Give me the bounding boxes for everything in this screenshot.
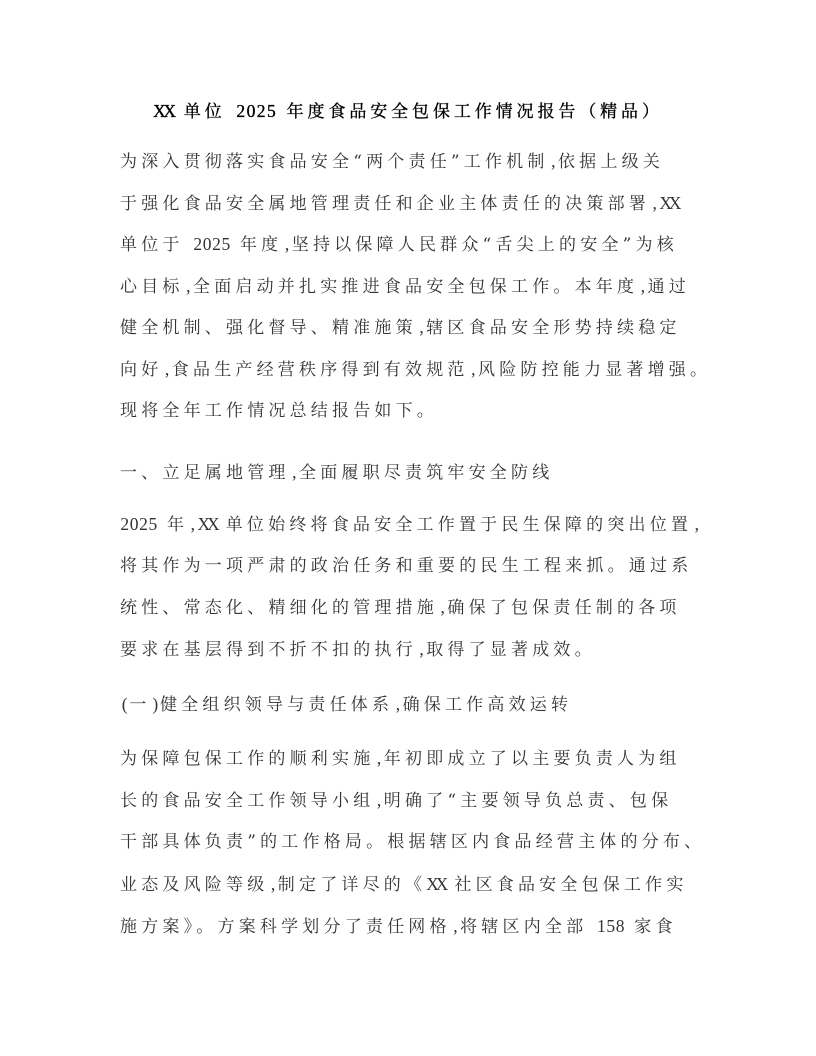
- paragraph-line: 于强化食品安全属地管理责任和企业主体责任的决策部署,XX: [120, 183, 740, 225]
- paragraph-line: 为深入贯彻落实食品安全“两个责任”工作机制,依据上级关: [120, 141, 740, 183]
- halfwidth-char: X: [207, 504, 216, 546]
- halfwidth-char: ,: [374, 737, 383, 779]
- halfwidth-char: 5: [266, 90, 276, 132]
- halfwidth-char: ,: [549, 141, 558, 183]
- section-heading-1: 一、立足属地管理,全面履职尽责筑牢安全防线: [120, 452, 740, 494]
- paragraph-line: 2025 年,XX 单位始终将食品安全工作置于民生保障的突出位置,: [120, 504, 740, 546]
- paragraph-subsection-1: 为保障包保工作的顺利实施,年初即成立了以主要负责人为组 长的食品安全工作领导小组…: [120, 737, 740, 947]
- halfwidth-char: X: [659, 183, 668, 225]
- paragraph-line: 要求在基层得到不折不扣的执行,取得了显著成效。: [120, 629, 740, 671]
- halfwidth-char: X: [153, 90, 163, 132]
- halfwidth-char: [158, 504, 167, 546]
- halfwidth-char: [445, 863, 454, 905]
- halfwidth-char: ,: [451, 905, 460, 947]
- halfwidth-char: ,: [438, 587, 447, 629]
- paragraph-line: 为保障包保工作的顺利实施,年初即成立了以主要负责人为组: [120, 737, 740, 779]
- document-title: XX 单位 2025 年度食品安全包保工作情况报告（精品）: [0, 90, 816, 132]
- halfwidth-char: 1: [597, 905, 606, 947]
- halfwidth-char: 0: [129, 504, 138, 546]
- halfwidth-char: [184, 224, 193, 266]
- paragraph-line: 单位于 2025 年度,坚持以保障人民群众“舌尖上的安全”为核: [120, 224, 740, 266]
- halfwidth-char: X: [669, 183, 678, 225]
- paragraph-line: 将其作为一项严肃的政治任务和重要的民生工程来抓。通过系: [120, 546, 740, 588]
- paragraph-line: 业态及风险等级,制定了详尽的《XX 社区食品安全包保工作实: [120, 863, 740, 905]
- halfwidth-char: ,: [268, 863, 277, 905]
- document-page: XX 单位 2025 年度食品安全包保工作情况报告（精品） 为深入贯彻落实食品安…: [0, 0, 816, 1056]
- halfwidth-char: X: [198, 504, 207, 546]
- halfwidth-char: 2: [212, 224, 221, 266]
- paragraph-line: 健全机制、强化督导、精准施策,辖区食品安全形势持续稳定: [120, 307, 740, 349]
- halfwidth-char: 0: [246, 90, 256, 132]
- halfwidth-char: 0: [202, 224, 211, 266]
- halfwidth-char: ,: [184, 266, 193, 308]
- halfwidth-char: [625, 905, 634, 947]
- halfwidth-char: 2: [120, 504, 129, 546]
- halfwidth-char: 8: [615, 905, 624, 947]
- paragraph-line: 长的食品安全工作领导小组,明确了“主要领导负总责、包保: [120, 779, 740, 821]
- halfwidth-char: ,: [374, 779, 383, 821]
- halfwidth-char: (: [120, 684, 129, 726]
- halfwidth-char: [231, 224, 240, 266]
- paragraph-line: 现将全年工作情况总结报告如下。: [120, 391, 740, 433]
- halfwidth-char: 5: [606, 905, 615, 947]
- paragraph-line: 施方案》。方案科学划分了责任网格,将辖区内全部 158 家食: [120, 905, 740, 947]
- halfwidth-char: 2: [193, 224, 202, 266]
- halfwidth-char: ,: [417, 307, 426, 349]
- halfwidth-char: 2: [139, 504, 148, 546]
- halfwidth-char: 2: [256, 90, 266, 132]
- paragraph-section-1: 2025 年,XX 单位始终将食品安全工作置于民生保障的突出位置, 将其作为一项…: [120, 504, 740, 670]
- halfwidth-char: ,: [417, 629, 426, 671]
- halfwidth-char: ,: [162, 349, 171, 391]
- halfwidth-char: X: [426, 863, 435, 905]
- halfwidth-char: [226, 90, 236, 132]
- halfwidth-char: 5: [221, 224, 230, 266]
- halfwidth-char: ,: [692, 504, 701, 546]
- paragraph-line: 干部具体负责”的工作格局。根据辖区内食品经营主体的分布、: [120, 821, 740, 863]
- heading-text: (一)健全组织领导与责任体系,确保工作高效运转: [120, 684, 740, 726]
- paragraph-line: 心目标,全面启动并扎实推进食品安全包保工作。本年度,通过: [120, 266, 740, 308]
- halfwidth-char: [587, 905, 596, 947]
- subsection-heading-1: (一)健全组织领导与责任体系,确保工作高效运转: [120, 684, 740, 726]
- halfwidth-char: [174, 90, 184, 132]
- halfwidth-char: ,: [282, 224, 291, 266]
- halfwidth-char: ,: [393, 684, 402, 726]
- halfwidth-char: ,: [290, 452, 299, 494]
- halfwidth-char: 5: [148, 504, 157, 546]
- paragraph-line: 向好,食品生产经营秩序得到有效规范,风险防控能力显著增强。: [120, 349, 740, 391]
- halfwidth-char: ,: [638, 266, 647, 308]
- paragraph-intro: 为深入贯彻落实食品安全“两个责任”工作机制,依据上级关 于强化食品安全属地管理责…: [120, 141, 740, 432]
- halfwidth-char: ,: [469, 349, 478, 391]
- halfwidth-char: ): [151, 684, 160, 726]
- halfwidth-char: X: [163, 90, 173, 132]
- halfwidth-char: ,: [650, 183, 659, 225]
- halfwidth-char: [276, 90, 286, 132]
- halfwidth-char: 2: [236, 90, 246, 132]
- paragraph-line: 统性、常态化、精细化的管理措施,确保了包保责任制的各项: [120, 587, 740, 629]
- halfwidth-char: X: [436, 863, 445, 905]
- heading-text: 一、立足属地管理,全面履职尽责筑牢安全防线: [120, 452, 740, 494]
- halfwidth-char: ,: [188, 504, 197, 546]
- halfwidth-char: [216, 504, 225, 546]
